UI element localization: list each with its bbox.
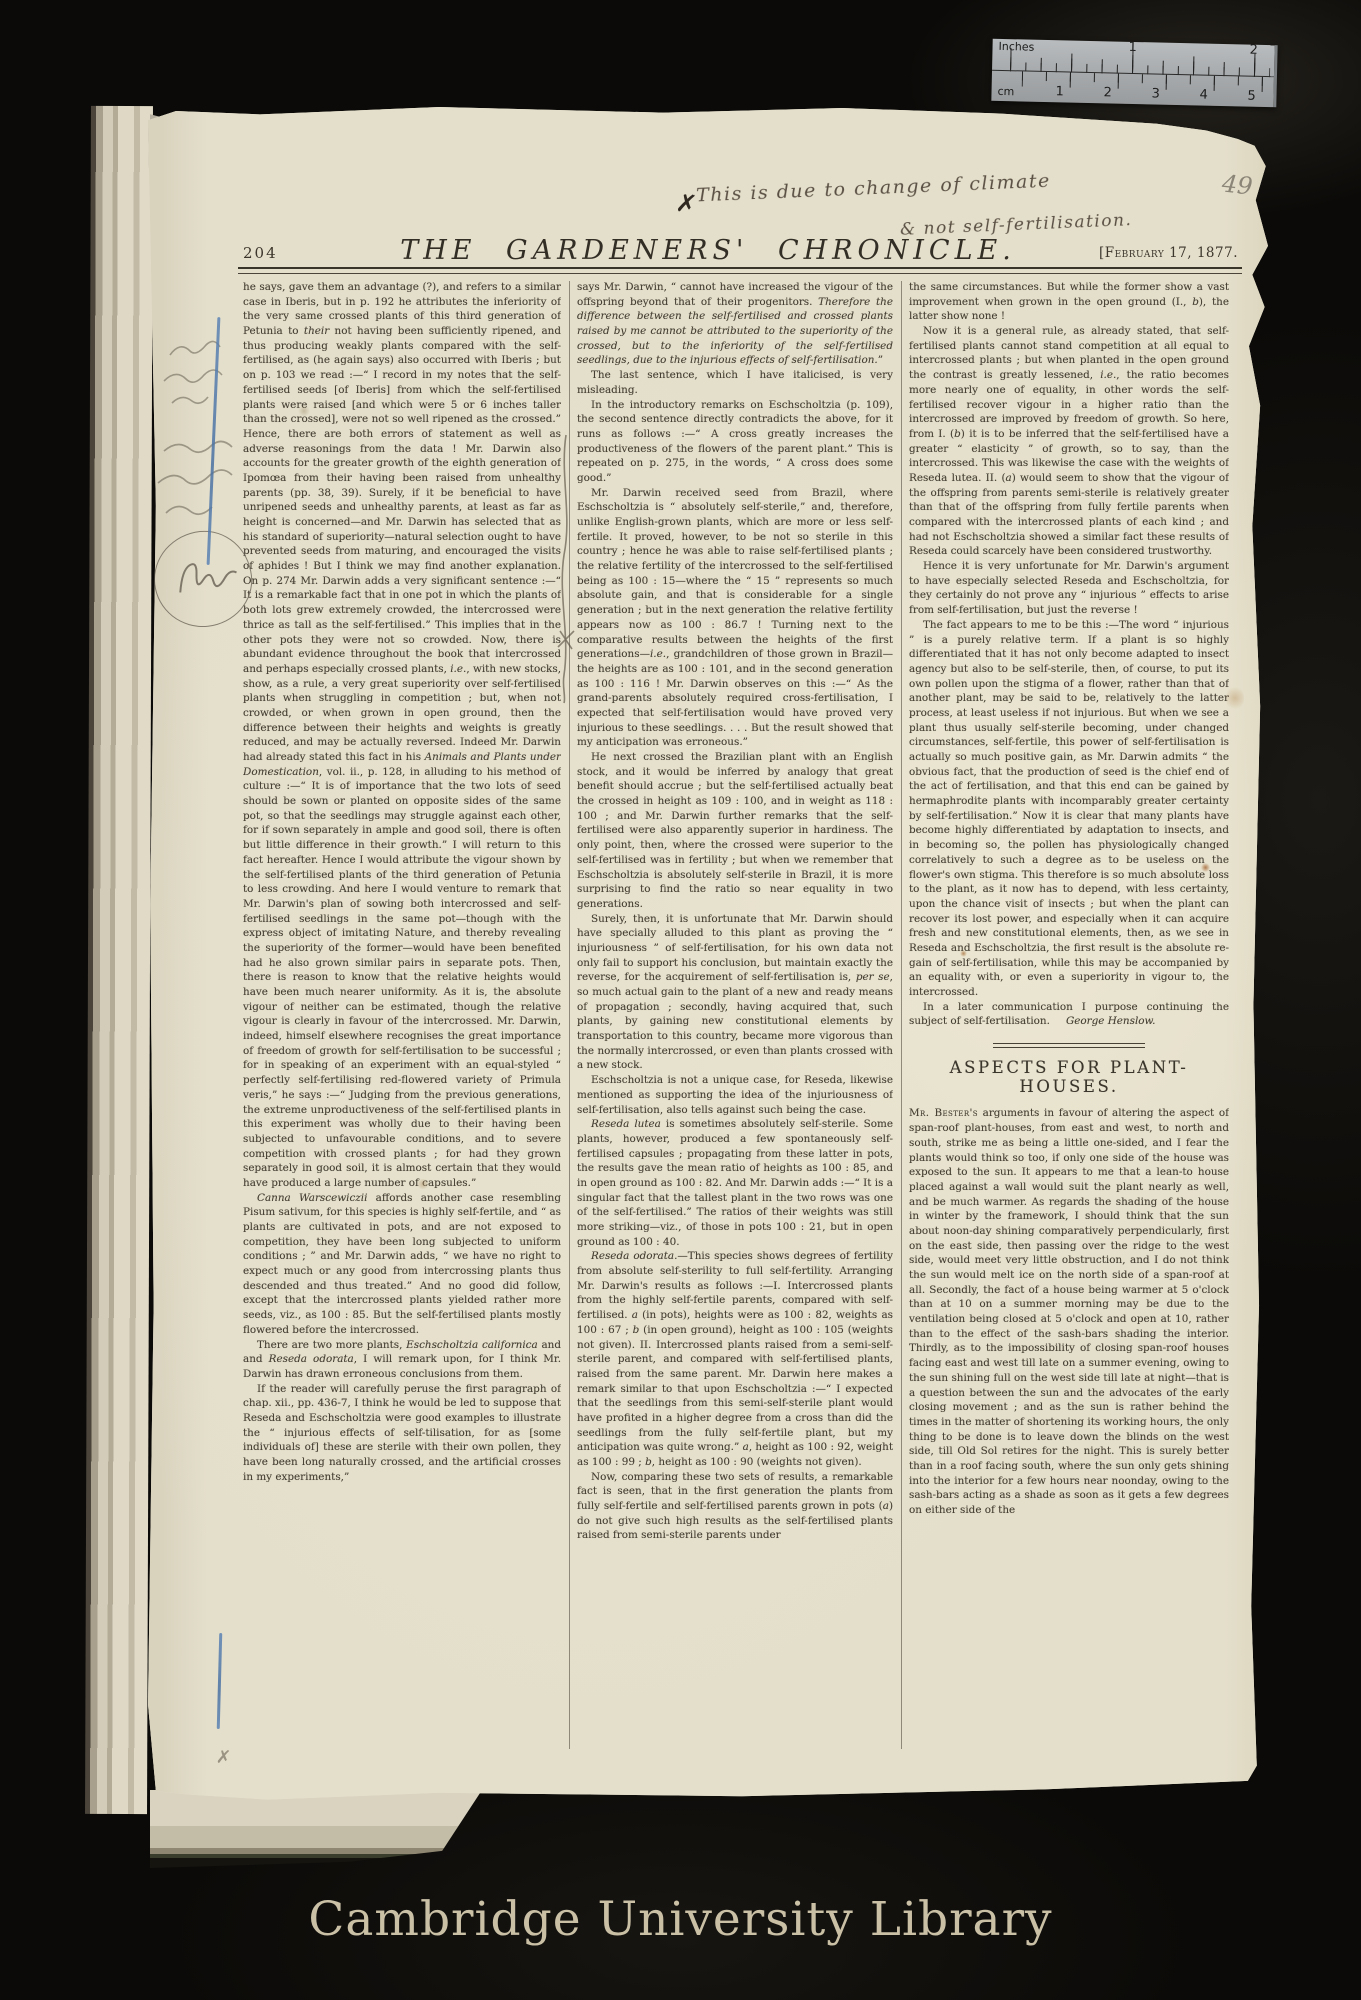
pencil-scribble <box>152 435 262 539</box>
ruler-cm-number: 4 <box>1199 87 1208 102</box>
text-column-1: he says, gave them an advantage (?), and… <box>243 280 561 1680</box>
article2-heading: ASPECTS FOR PLANT-HOUSES. <box>909 1058 1229 1096</box>
ruler-cm-number: 1 <box>1055 84 1064 99</box>
article-paragraph: In the introductory remarks on Eschschol… <box>577 398 893 486</box>
column-divider-rule <box>901 281 902 1749</box>
pencil-folio-number: 49 <box>1221 169 1254 200</box>
article-paragraph: There are two more plants, Eschscholtzia… <box>243 1338 561 1382</box>
article-paragraph: He next crossed the Brazilian plant with… <box>577 750 893 912</box>
foxing-stain <box>960 950 967 957</box>
library-watermark: Cambridge University Library <box>0 1892 1361 1947</box>
foxing-stain <box>298 405 310 417</box>
article-paragraph: Hence it is very unfortunate for Mr. Dar… <box>909 559 1229 618</box>
newspaper-page: ✗ This is due to change of climate & not… <box>148 105 1268 1803</box>
article-paragraph: The fact appears to me to be this :—The … <box>909 618 1229 1000</box>
ruler-cm-label: cm <box>997 85 1014 98</box>
pencil-x-mark: ✗ <box>215 1746 232 1768</box>
article-paragraph: the same circumstances. But while the fo… <box>909 280 1229 324</box>
article-paragraph: The last sentence, which I have italicis… <box>577 368 893 397</box>
masthead-date: [February 17, 1877. <box>1099 245 1238 261</box>
article-paragraph: Mr. Darwin received seed from Brazil, wh… <box>577 486 893 750</box>
article-paragraph: Now it is a general rule, as already sta… <box>909 324 1229 559</box>
article-paragraph: Now, comparing these two sets of results… <box>577 1470 893 1543</box>
text-column-2: says Mr. Darwin, “ cannot have increased… <box>577 280 893 1680</box>
handwritten-note-line1: This is due to change of climate <box>696 170 1051 207</box>
text-column-3: the same circumstances. But while the fo… <box>909 280 1229 1680</box>
underlying-page-edges <box>150 1790 482 1868</box>
photograph-background: Inches cm 1 2 1 2 3 4 5 ✗ This is due to… <box>0 0 1361 2000</box>
ruler-inch-number: 1 <box>1128 40 1137 55</box>
article-paragraph: says Mr. Darwin, “ cannot have increased… <box>577 280 893 368</box>
pencil-scribble <box>156 337 256 433</box>
article-paragraph: In a later communication I purpose conti… <box>909 1000 1229 1029</box>
ruler-cm-number: 5 <box>1247 89 1256 104</box>
article-paragraph: he says, gave them an advantage (?), and… <box>243 280 561 1191</box>
blue-crayon-line <box>217 1633 223 1729</box>
pencil-initials-scribble <box>150 527 255 631</box>
measurement-ruler: Inches cm 1 2 1 2 3 4 5 <box>991 39 1277 107</box>
article-paragraph: Reseda odorata.—This species shows degre… <box>577 1249 893 1469</box>
book-page-block-edges <box>85 106 153 1814</box>
article-paragraph: Reseda lutea is sometimes absolutely sel… <box>577 1117 893 1249</box>
foxing-stain <box>1201 863 1210 872</box>
article-paragraph: Canna Warscewiczii affords another case … <box>243 1191 561 1338</box>
article-paragraph: If the reader will carefully peruse the … <box>243 1382 561 1485</box>
foxing-stain <box>416 1179 430 1189</box>
article-paragraph: Surely, then, it is unfortunate that Mr.… <box>577 912 893 1074</box>
author-signature: George Henslow. <box>1066 1015 1156 1027</box>
article-separator-rule <box>993 1043 1145 1048</box>
circled-pencil-initials <box>149 526 256 632</box>
ruler-cm-number: 2 <box>1103 85 1112 100</box>
masthead-rule <box>238 267 1242 274</box>
ink-wavy-line <box>556 435 578 705</box>
ruler-inch-number: 2 <box>1249 43 1258 58</box>
ruler-cm-number: 3 <box>1151 86 1160 101</box>
foxing-stain <box>1226 685 1244 711</box>
article-paragraph: Eschscholtzia is not a unique case, for … <box>577 1073 893 1117</box>
article-paragraph: Mr. Bester's arguments in favour of alte… <box>909 1106 1229 1517</box>
